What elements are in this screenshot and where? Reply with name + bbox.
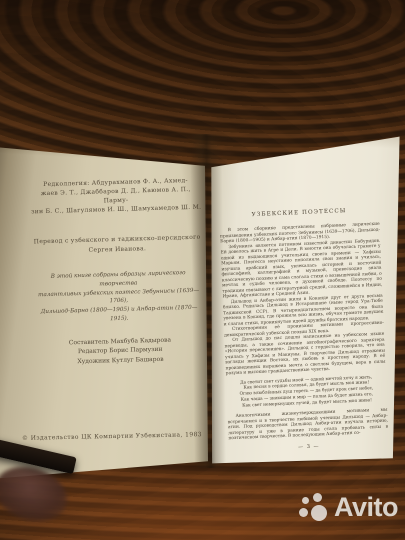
avito-dot-icon: [311, 505, 327, 521]
translation-credit-text: Перевод с узбекского и таджикско-персидс…: [31, 233, 203, 257]
avito-dot-icon: [313, 493, 322, 502]
chapter-header: УЗБЕКСКИЕ ПОЭТЕССЫ: [219, 207, 379, 220]
avito-dot-icon: [299, 508, 308, 517]
left-page-text-block: Редколлегия: Абдурахманов Ф. А., Ахмед- …: [29, 176, 206, 368]
credits-text: Составитель Махбуба Кадырова Редактор Бо…: [34, 334, 207, 367]
editorial-board-text: Редколлегия: Абдурахманов Ф. А., Ахмед- …: [29, 176, 202, 217]
annotation-text: В этой книге собраны образцы лирического…: [32, 269, 205, 327]
closing-paragraph: Аналогичными жизнеутверждающими мотивами…: [227, 408, 388, 442]
paragraph: Зебунниса является потомком известной ди…: [220, 238, 382, 300]
body-paragraphs: В этом сборнике представлены избранные л…: [220, 222, 386, 377]
page-number: — 3 —: [229, 440, 389, 453]
right-page-text-block: УЗБЕКСКИЕ ПОЭТЕССЫ В этом сборнике предс…: [219, 207, 389, 453]
avito-dot-icon: [302, 497, 309, 504]
paragraph: От Дильшод до нас дошли написанные на уз…: [224, 332, 385, 377]
avito-wordmark: Avito: [334, 492, 398, 523]
copyright-line: © Издательство ЦК Компартии Узбекистана,…: [20, 431, 204, 442]
avito-watermark: Avito: [299, 491, 398, 523]
book-right-page: УЗБЕКСКИЕ ПОЭТЕССЫ В этом сборнике предс…: [202, 128, 404, 472]
avito-logo-dots-icon: [299, 491, 329, 523]
book-gutter-shadow: [190, 134, 227, 468]
photo-open-book: Редколлегия: Абдурахманов Ф. А., Ахмед- …: [0, 0, 405, 540]
verse-quotation: Да светит свет судьбы моей — одной мечто…: [226, 374, 387, 410]
book-left-page: Редколлегия: Абдурахманов Ф. А., Ахмед- …: [0, 140, 208, 480]
